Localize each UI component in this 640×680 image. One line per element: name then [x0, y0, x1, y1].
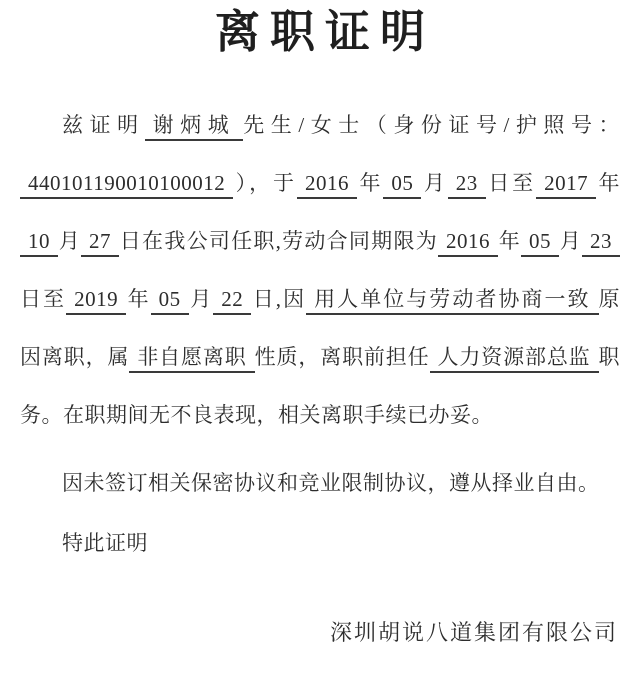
text-segment: 日至: [486, 171, 536, 195]
underlined-field: 27: [81, 229, 119, 257]
underlined-field: 2017: [536, 171, 596, 199]
text-segment: 月: [58, 229, 81, 253]
underlined-field: 人力资源部总监: [430, 345, 599, 373]
underlined-field: 22: [213, 287, 251, 315]
text-segment: 月: [559, 229, 582, 253]
underlined-field: 谢炳城: [145, 113, 244, 141]
underlined-field: 440101190010100012: [20, 171, 233, 199]
underlined-field: 非自愿离职: [129, 345, 254, 373]
document-line: 440101190010100012），于2016年05月23日至2017年: [20, 168, 620, 198]
text-segment: 日,因: [251, 287, 306, 311]
text-segment: 年: [596, 171, 620, 195]
text-segment: 日在我公司任职,劳动合同期限为: [119, 229, 438, 253]
document-line: 日至2019年05月22日,因用人单位与劳动者协商一致原: [20, 284, 620, 314]
underlined-field: 05: [383, 171, 421, 199]
text-segment: 因离职，属: [20, 345, 129, 369]
main-paragraph: 兹证明谢炳城先生/女士（身份证号/护照号：440101190010100012）…: [20, 110, 620, 430]
text-segment: 先生/女士（身份证号/护照号：: [243, 113, 620, 137]
underlined-field: 10: [20, 229, 58, 257]
document-line: 兹证明谢炳城先生/女士（身份证号/护照号：: [20, 110, 620, 140]
text-segment: 日至: [20, 287, 66, 311]
text-segment: 务。在职期间无不良表现，相关离职手续已办妥。: [20, 403, 493, 427]
underlined-field: 2016: [438, 229, 498, 257]
document-line: 10月27日在我公司任职,劳动合同期限为2016年05月23: [20, 226, 620, 256]
underlined-field: 2016: [297, 171, 357, 199]
underlined-field: 23: [448, 171, 486, 199]
document-title: 离职证明: [20, 4, 620, 60]
text-segment: 年: [357, 171, 383, 195]
closing-statement: 特此证明: [20, 528, 620, 558]
text-segment: ），于: [233, 171, 297, 195]
underlined-field: 05: [521, 229, 559, 257]
text-segment: 月: [189, 287, 214, 311]
underlined-field: 23: [582, 229, 620, 257]
underlined-field: 05: [151, 287, 189, 315]
text-segment: 兹证明: [62, 113, 145, 137]
document-line: 因离职，属非自愿离职性质，离职前担任人力资源部总监职: [20, 342, 620, 372]
document-line: 务。在职期间无不良表现，相关离职手续已办妥。: [20, 400, 620, 430]
text-segment: 原: [599, 287, 621, 311]
text-segment: 年: [126, 287, 151, 311]
text-segment: 职: [599, 345, 621, 369]
company-signature: 深圳胡说八道集团有限公司: [20, 618, 620, 648]
underlined-field: 用人单位与劳动者协商一致: [306, 287, 598, 315]
certificate-document: 离职证明 兹证明谢炳城先生/女士（身份证号/护照号：44010119001010…: [0, 0, 640, 680]
underlined-field: 2019: [66, 287, 126, 315]
non-compete-paragraph: 因未签订相关保密协议和竞业限制协议，遵从择业自由。: [20, 468, 620, 498]
text-segment: 年: [498, 229, 521, 253]
text-segment: 性质，离职前担任: [255, 345, 430, 369]
text-segment: 月: [421, 171, 447, 195]
